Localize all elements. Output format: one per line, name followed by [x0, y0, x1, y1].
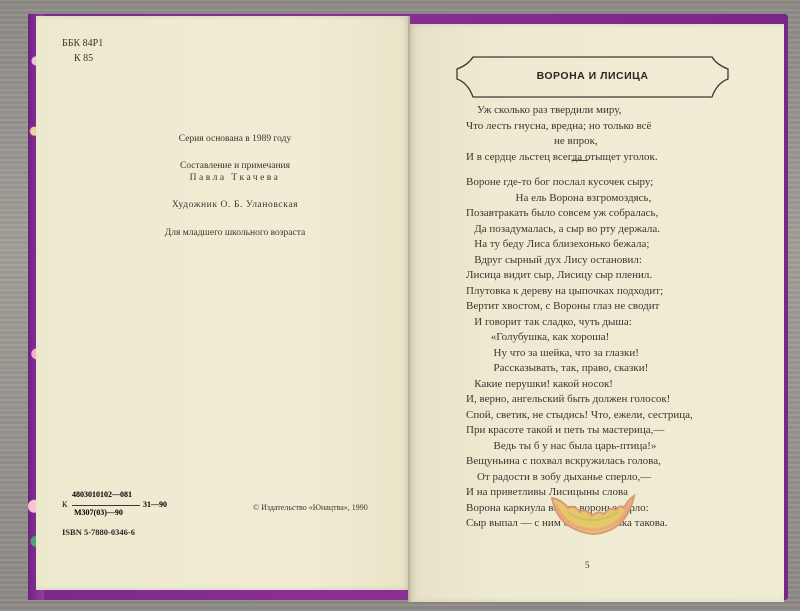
poem-line: Вдруг сырный дух Лису остановил: — [466, 253, 693, 269]
poem-line: На ель Ворона взгромоздясь, — [466, 191, 693, 207]
k-code: К 85 — [62, 53, 93, 64]
poem-line: Вещуньина с похвал вскружилась голова, — [466, 454, 693, 470]
section-divider — [572, 160, 588, 161]
poem-line: Спой, светик, не стыдись! Что, ежели, се… — [466, 408, 693, 424]
catalog-fraction: К 4803010102—081 31—90 М307(03)—90 — [62, 493, 232, 523]
poem-line: Ну что за шейка, что за глазки! — [466, 346, 693, 362]
epigraph-line: И в сердце льстец всегда отыщет уголок. — [466, 150, 658, 166]
poem-line: Да позадумалась, а сыр во рту держала. — [466, 222, 693, 238]
poem-line: Позавтракать было совсем уж собралась, — [466, 206, 693, 222]
page-number: 5 — [585, 560, 590, 570]
poem-line: На ту беду Лиса близехонько бежала; — [466, 237, 693, 253]
poem-line: Рассказывать, так, право, сказки! — [466, 361, 693, 377]
isbn: ISBN 5-7880-0346-6 — [62, 527, 135, 537]
illustrator-line: Художник О. Б. Улановская — [130, 200, 340, 210]
poem-line: И говорит так сладко, чуть дыша: — [466, 315, 693, 331]
poem-title: ВОРОНА И ЛИСИЦА — [455, 70, 730, 82]
poem-line: И, верно, ангельский быть должен голосок… — [466, 392, 693, 408]
poem-line: Плутовка к дереву на цыпочках подходит; — [466, 284, 693, 300]
poem-line: Ведь ты б у нас была царь-птица!» — [466, 439, 693, 455]
fraction-line — [72, 505, 140, 506]
catalog-k: К — [62, 500, 67, 509]
bbk-block: ББК 84Р1К 85 — [62, 36, 103, 66]
bbk-code: ББК 84Р1 — [62, 38, 103, 49]
series-line: Серия основана в 1989 году — [130, 134, 340, 144]
copyright: © Издательство «Юнацтва», 1990 — [253, 503, 368, 512]
poem-line: При красоте такой и петь ты мастерица,— — [466, 423, 693, 439]
poem-line: Вертит хвостом, с Вороны глаз не сводит — [466, 299, 693, 315]
audience-line: Для младшего школьного возраста — [130, 228, 340, 238]
compiler-name: Павла Ткачева — [130, 173, 340, 183]
poem-line: Лисица видит сыр, Лисицу сыр пленил. — [466, 268, 693, 284]
poem-line: Какие перушки! какой носок! — [466, 377, 693, 393]
epigraph: Уж сколько раз твердили миру, Что лесть … — [466, 103, 658, 165]
poem-line: Вороне где-то бог послал кусочек сыру; — [466, 175, 693, 191]
catalog-denominator: М307(03)—90 — [74, 508, 123, 517]
poem-line: От радости в зобу дыханье сперло,— — [466, 470, 693, 486]
epigraph-line: Что лесть гнусна, вредна; но только всё — [466, 119, 658, 135]
title-frame: ВОРОНА И ЛИСИЦА — [455, 55, 730, 99]
cheese-rind-icon — [548, 490, 638, 545]
poem-line: «Голубушка, как хороша! — [466, 330, 693, 346]
compilation-label: Составление и примечания — [130, 161, 340, 171]
epigraph-line: Уж сколько раз твердили миру, — [466, 103, 658, 119]
catalog-numerator: 4803010102—081 — [72, 490, 132, 499]
poem-body: Вороне где-то бог послал кусочек сыру; Н… — [466, 175, 693, 532]
epigraph-line: не впрок, — [466, 134, 658, 150]
catalog-right: 31—90 — [143, 500, 167, 509]
